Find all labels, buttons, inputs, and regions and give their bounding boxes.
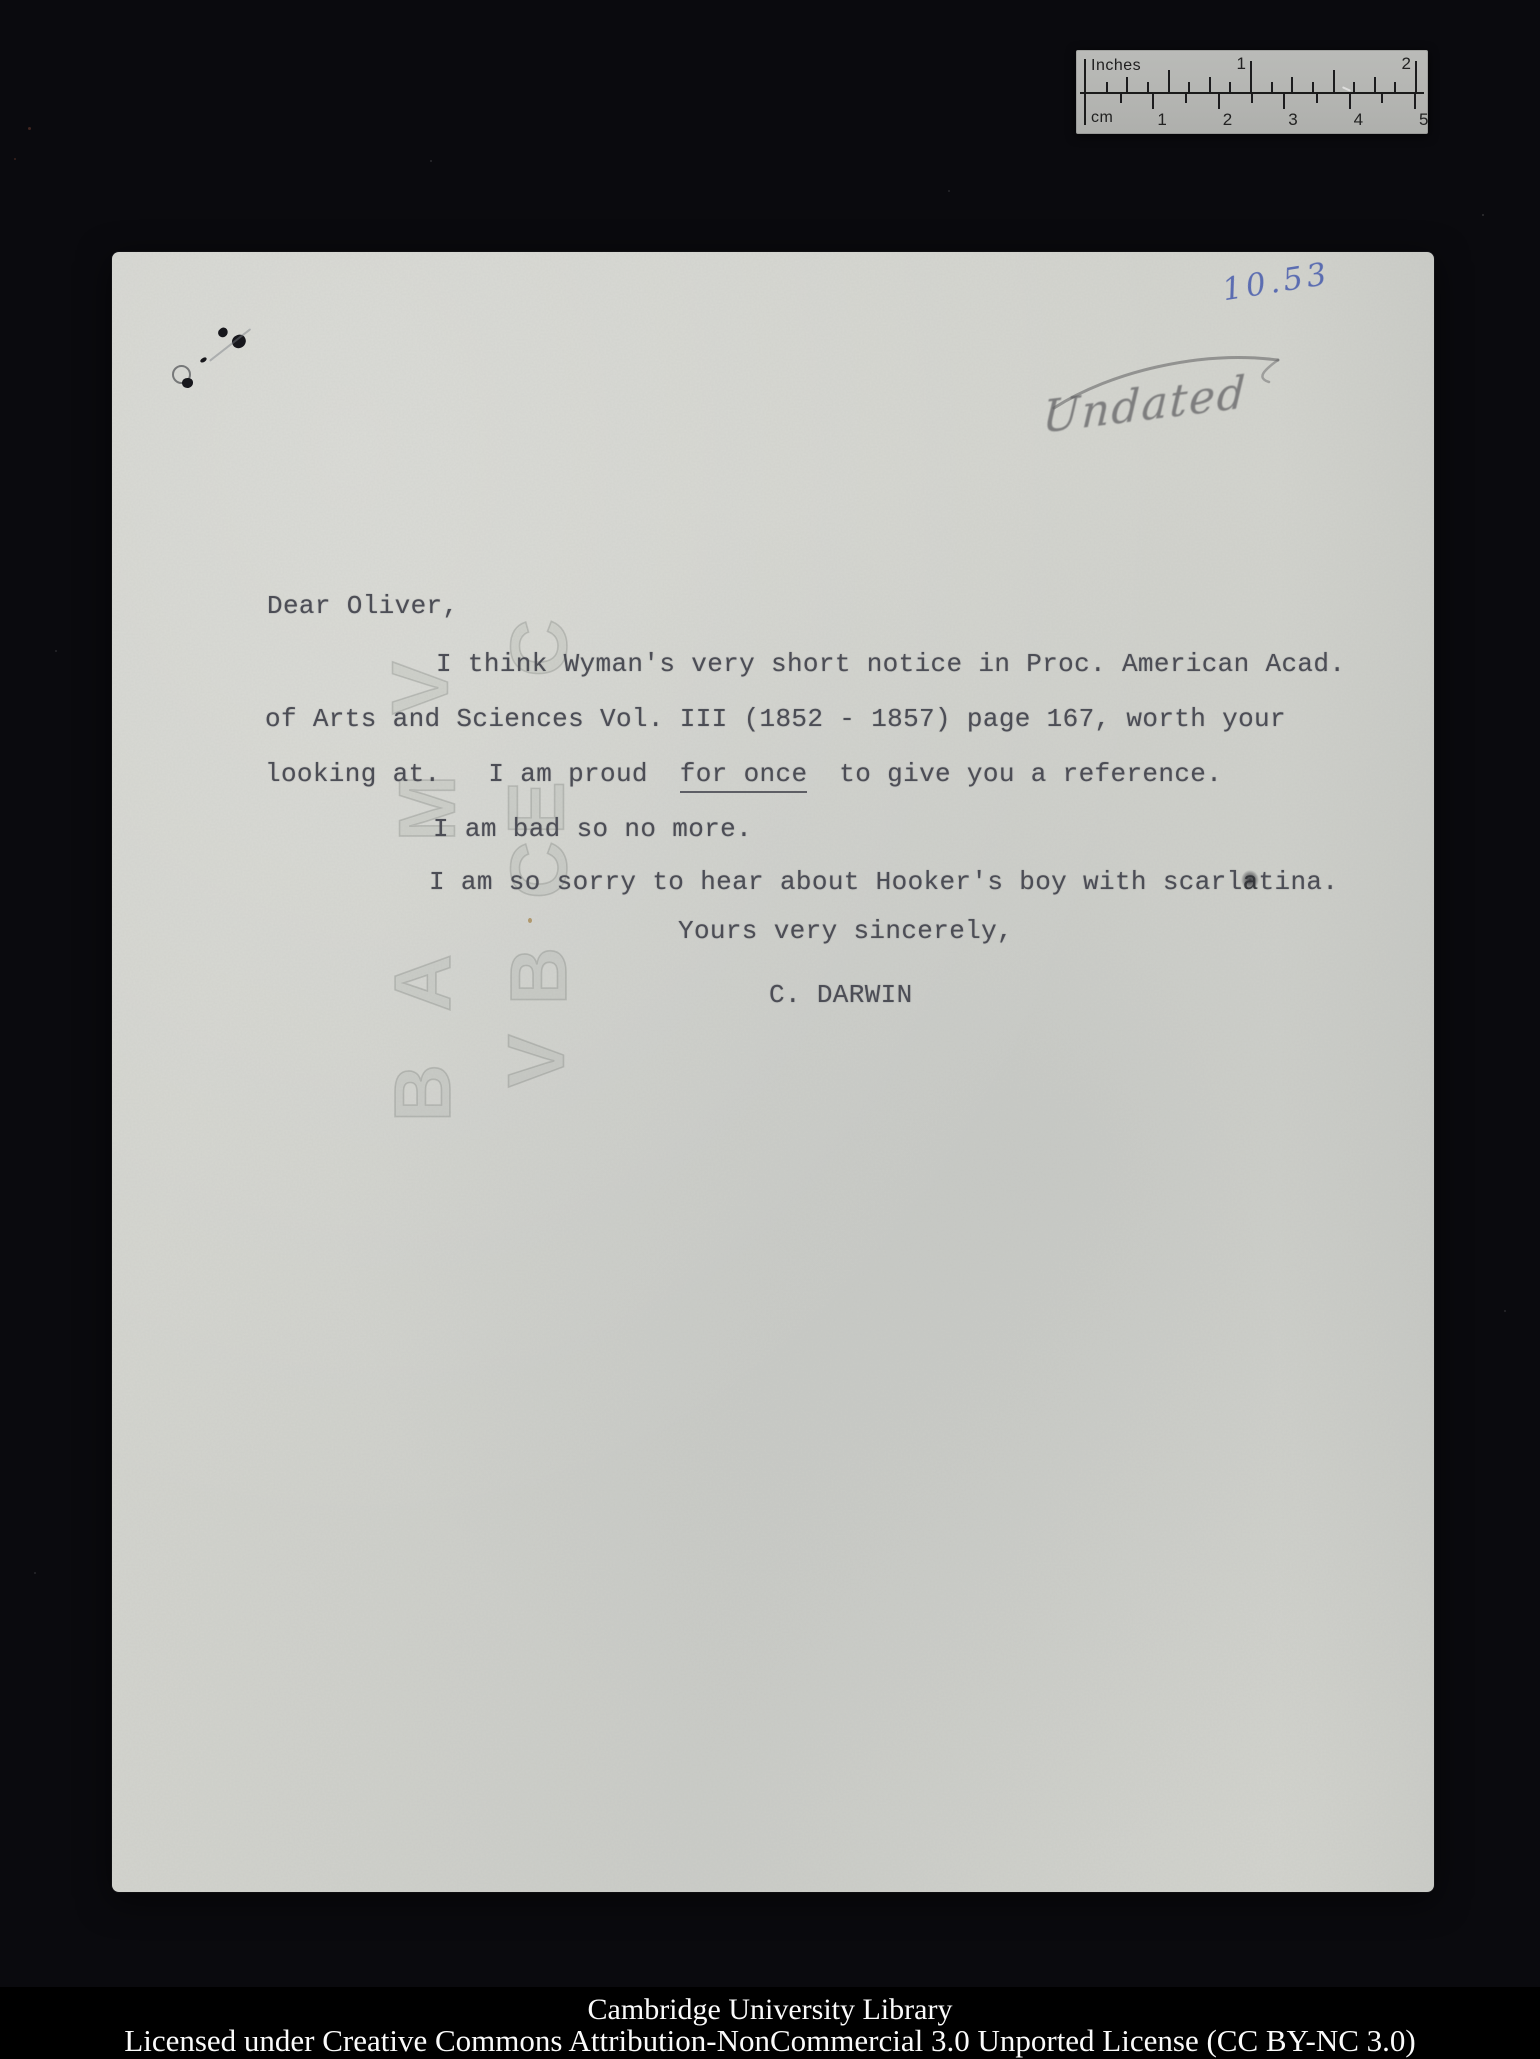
typed-text: looking at. I am proud (265, 759, 680, 789)
cm-tick (1120, 94, 1122, 103)
inch-tick (1106, 82, 1108, 92)
ink-speck (182, 378, 193, 388)
inch-tick (1229, 82, 1231, 92)
inch-tick (1126, 77, 1128, 92)
typed-text: Yours very sincerely, (678, 916, 1013, 946)
inch-tick (1250, 61, 1252, 92)
inch-tick (1147, 82, 1149, 92)
typed-text: C. DARWIN (769, 980, 913, 1010)
cm-tick (1152, 94, 1154, 109)
ruler-cm-number: 5 (1419, 110, 1428, 130)
dust-speck (430, 160, 432, 162)
inch-tick (1291, 77, 1293, 92)
typed-text: of Arts and Sciences Vol. III (1852 - 18… (265, 704, 1286, 734)
license-text: Licensed under Creative Commons Attribut… (0, 2023, 1540, 2059)
ruler-inch-number: 1 (1237, 54, 1250, 74)
dust-speck (34, 1572, 36, 1574)
overstruck-character: a (1243, 867, 1259, 897)
ruler-zero-tick (1084, 59, 1086, 125)
typed-text: I think Wyman's very short notice in Pro… (436, 649, 1345, 679)
watermark-letter: B (377, 1064, 469, 1122)
typed-text: I am so sorry to hear about Hooker's boy… (429, 867, 1243, 897)
ruler-inch-number: 2 (1402, 54, 1415, 74)
paper-texture (112, 252, 1434, 1892)
cm-tick (1185, 94, 1187, 103)
dust-speck (14, 158, 16, 160)
ink-speck (216, 326, 229, 339)
letter-line: Dear Oliver, (267, 592, 458, 621)
undated-annotation: Undated (1041, 367, 1248, 444)
ink-speck (199, 357, 207, 364)
letter-line: of Arts and Sciences Vol. III (1852 - 18… (265, 705, 1286, 734)
inch-tick (1209, 77, 1211, 92)
inch-tick (1188, 82, 1190, 92)
dust-speck (28, 127, 31, 130)
ruler-scratch-mark (1342, 86, 1351, 91)
dust-speck (1504, 1310, 1506, 1312)
inch-tick (1271, 82, 1273, 92)
catalog-number-annotation: 10.53 (1220, 256, 1333, 309)
letter-line: I am so sorry to hear about Hooker's boy… (429, 868, 1338, 897)
watermark-letter: B (493, 947, 585, 1005)
ruler-cm-number: 1 (1157, 110, 1166, 130)
ruler-cm-number: 4 (1354, 110, 1363, 130)
inch-tick (1168, 70, 1170, 92)
cm-tick (1316, 94, 1318, 103)
inch-tick (1374, 77, 1376, 92)
scanned-letter-viewer: Inches cm 1212345 VMABCECBV 10.53 (0, 0, 1540, 2059)
letter-page: VMABCECBV 10.53 Undated Dear Oliver,I th… (112, 252, 1434, 1892)
library-name: Cambridge University Library (0, 1993, 1540, 2027)
letter-line: C. DARWIN (769, 981, 913, 1010)
cm-tick (1251, 94, 1253, 103)
inch-tick (1353, 82, 1355, 92)
ruler-cm-number: 3 (1288, 110, 1297, 130)
letter-line: I think Wyman's very short notice in Pro… (436, 650, 1345, 679)
dust-speck (1482, 214, 1484, 216)
cm-tick (1414, 94, 1416, 109)
cm-tick (1381, 94, 1383, 103)
dust-speck (55, 650, 57, 652)
cm-tick (1283, 94, 1285, 109)
letter-line: I am bad so no more. (433, 815, 752, 844)
underlined-text: for once (680, 759, 808, 793)
watermark-letter: A (377, 954, 469, 1012)
letter-line: looking at. I am proud for once to give … (265, 760, 1222, 789)
typed-text: to give you a reference. (807, 759, 1222, 789)
measurement-ruler: Inches cm 1212345 (1076, 50, 1428, 134)
inch-tick (1394, 82, 1396, 92)
letter-line: Yours very sincerely, (678, 917, 1013, 946)
inch-tick (1333, 70, 1335, 92)
ruler-inches-label: Inches (1091, 57, 1141, 75)
ruler-cm-label: cm (1091, 109, 1113, 127)
inch-tick (1312, 82, 1314, 92)
watermark-letter: V (491, 1034, 583, 1087)
dust-speck (948, 190, 950, 192)
typed-text: Dear Oliver, (267, 591, 458, 621)
typed-text: tina. (1259, 867, 1339, 897)
typed-text: I am bad so no more. (433, 814, 752, 844)
cm-tick (1349, 94, 1351, 109)
rust-speck (528, 918, 532, 923)
cm-tick (1218, 94, 1220, 109)
inch-tick (1415, 61, 1417, 92)
ruler-cm-number: 2 (1223, 110, 1232, 130)
